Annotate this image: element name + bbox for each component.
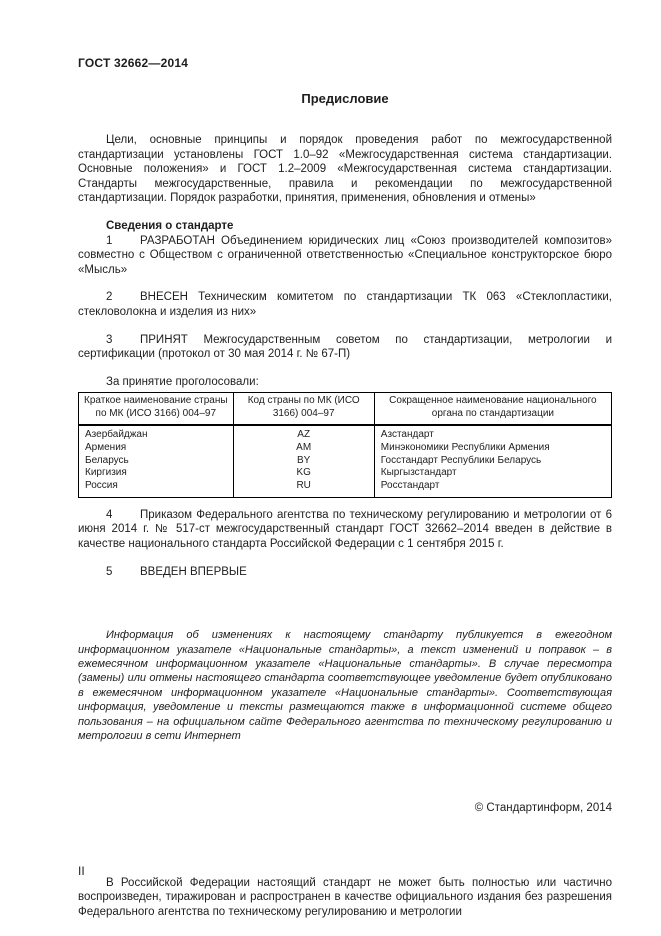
cell-code: AZ: [233, 425, 374, 442]
column-header-code: Код страны по МК (ИСО 3166) 004–97: [233, 393, 374, 425]
standard-info-item-5: 5ВВЕДЕН ВПЕРВЫЕ: [78, 565, 612, 580]
item-number: 3: [106, 333, 140, 348]
vote-table: Краткое наименование страны по МК (ИСО 3…: [78, 392, 612, 498]
column-header-country: Краткое наименование страны по МК (ИСО 3…: [79, 393, 234, 425]
cell-code: RU: [233, 480, 374, 497]
item-text: Приказом Федерального агентства по техни…: [78, 509, 612, 550]
amendments-notice: Информация об изменениях к настоящему ст…: [78, 628, 612, 743]
cell-body: Росстандарт: [374, 480, 611, 497]
table-row: Беларусь BY Госстандарт Республики Белар…: [79, 455, 612, 468]
vote-table-caption: За принятие проголосовали:: [78, 375, 612, 390]
item-number: 1: [106, 234, 140, 249]
cell-code: AM: [233, 442, 374, 455]
table-row: Киргизия KG Кыргызстандарт: [79, 467, 612, 480]
copyright-line: © Стандартинформ, 2014: [78, 801, 612, 815]
document-page: ГОСТ 32662—2014 Предисловие Цели, основн…: [0, 0, 661, 936]
standard-info-item-1: 1РАЗРАБОТАН Объединением юридических лиц…: [78, 234, 612, 278]
cell-country: Киргизия: [79, 467, 234, 480]
item-text: ВВЕДЕН ВПЕРВЫЕ: [140, 566, 247, 578]
item-number: 2: [106, 290, 140, 305]
cell-country: Беларусь: [79, 455, 234, 468]
vote-table-header: Краткое наименование страны по МК (ИСО 3…: [79, 393, 612, 425]
reproduction-restriction: В Российской Федерации настоящий стандар…: [78, 876, 612, 920]
intro-paragraph: Цели, основные принципы и порядок провед…: [78, 133, 612, 206]
vote-table-body: Азербайджан AZ Азстандарт Армения AM Мин…: [79, 425, 612, 497]
standard-info-item-3: 3ПРИНЯТ Межгосударственным советом по ст…: [78, 333, 612, 362]
table-row: Россия RU Росстандарт: [79, 480, 612, 497]
item-number: 5: [106, 565, 140, 580]
cell-code: KG: [233, 467, 374, 480]
column-header-body: Сокращенное наименование национального о…: [374, 393, 611, 425]
cell-body: Госстандарт Республики Беларусь: [374, 455, 611, 468]
standard-info-heading: Сведения о стандарте: [78, 219, 612, 234]
page-number: II: [78, 864, 85, 878]
table-header-row: Краткое наименование страны по МК (ИСО 3…: [79, 393, 612, 425]
cell-body: Минэкономики Республики Армения: [374, 442, 611, 455]
item-text: ПРИНЯТ Межгосударственным советом по ста…: [78, 334, 612, 361]
doc-number: ГОСТ 32662—2014: [78, 56, 612, 70]
table-row: Азербайджан AZ Азстандарт: [79, 425, 612, 442]
page-title: Предисловие: [78, 91, 612, 106]
item-number: 4: [106, 508, 140, 523]
cell-country: Азербайджан: [79, 425, 234, 442]
cell-country: Россия: [79, 480, 234, 497]
standard-info-item-2: 2ВНЕСЕН Техническим комитетом по стандар…: [78, 290, 612, 319]
cell-country: Армения: [79, 442, 234, 455]
table-row: Армения AM Минэкономики Республики Армен…: [79, 442, 612, 455]
item-text: ВНЕСЕН Техническим комитетом по стандарт…: [78, 291, 612, 318]
cell-body: Кыргызстандарт: [374, 467, 611, 480]
standard-info-item-4: 4Приказом Федерального агентства по техн…: [78, 508, 612, 552]
cell-code: BY: [233, 455, 374, 468]
item-text: РАЗРАБОТАН Объединением юридических лиц …: [78, 235, 612, 276]
cell-body: Азстандарт: [374, 425, 611, 442]
